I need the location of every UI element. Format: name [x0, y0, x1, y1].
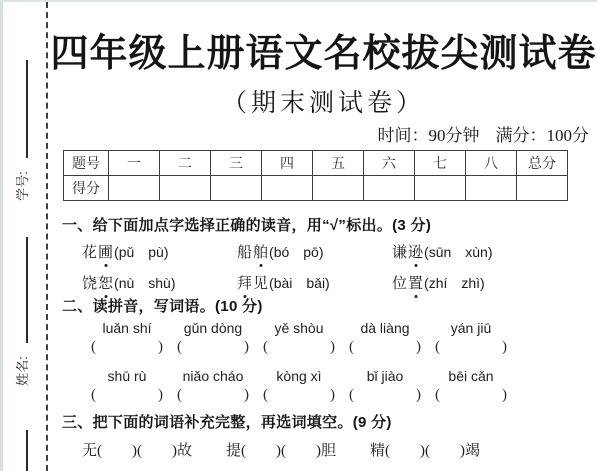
- word-part: 见: [253, 276, 269, 292]
- pinyin-cell: gǔn dòng (): [170, 320, 256, 356]
- idiom-completion-item: 提( )( )胆: [226, 439, 336, 460]
- page-title: 四年级上册语文名校拔尖测试卷: [50, 22, 597, 77]
- question-number-header: 题号: [64, 151, 109, 176]
- answer-blank: (): [435, 339, 507, 356]
- score-cell-empty: [313, 176, 364, 201]
- pinyin-options: (bó pō): [269, 244, 323, 260]
- pinyin-text: luǎn shí: [84, 320, 170, 336]
- answer-blank: (): [91, 339, 163, 356]
- pinyin-text: yán jiū: [428, 320, 514, 336]
- pinyin-options: (sūn xùn): [424, 244, 492, 260]
- dotted-character: 圃: [98, 241, 114, 262]
- col-header: 七: [415, 151, 466, 176]
- pinyin-options: (bài bǎi): [269, 275, 330, 291]
- pinyin-options: (zhí zhì): [424, 275, 485, 291]
- pronunciation-item: 拜见(bài bǎi): [237, 272, 392, 293]
- word-part: 位: [392, 276, 408, 292]
- pinyin-text: yě shòu: [256, 320, 342, 336]
- dotted-character: 置: [408, 272, 424, 293]
- score-cell-empty: [109, 176, 160, 201]
- pinyin-options: (pǔ pù): [114, 244, 168, 260]
- name-label: 姓名:: [10, 348, 36, 394]
- score-table: 题号 一 二 三 四 五 六 七 八 总分 得分: [63, 150, 568, 201]
- col-header: 一: [109, 151, 160, 176]
- answer-blank: (): [349, 387, 421, 404]
- section-1-items: 花圃(pǔ pù) 船舶(bó pō) 谦逊(sūn xùn) 饶恕(nù sh…: [82, 241, 493, 293]
- page-subtitle: （期末测试卷）: [50, 83, 597, 119]
- pinyin-row-1: luǎn shí () gǔn dòng () yě shòu () dà li…: [84, 320, 514, 356]
- table-row: 题号 一 二 三 四 五 六 七 八 总分: [64, 151, 568, 176]
- pinyin-cell: luǎn shí (): [84, 320, 170, 356]
- table-row: 得分: [64, 176, 568, 201]
- pinyin-text: niǎo cháo: [170, 368, 256, 384]
- score-cell-empty: [466, 176, 517, 201]
- col-header: 四: [262, 151, 313, 176]
- name-blank-line: [26, 237, 28, 343]
- pinyin-row-2: shū rù () niǎo cháo () kòng xì () bǐ jià…: [84, 368, 514, 404]
- pinyin-cell: shū rù (): [84, 368, 170, 404]
- pronunciation-item: 谦逊(sūn xùn): [392, 241, 493, 262]
- score-cell-empty: [262, 176, 313, 201]
- col-header: 二: [160, 151, 211, 176]
- answer-blank: (): [177, 339, 249, 356]
- dotted-character: 舶: [253, 241, 269, 262]
- pinyin-cell: dà liàng (): [342, 320, 428, 356]
- scan-edge-left: [0, 0, 3, 471]
- full-score: 满分：100分: [496, 126, 590, 145]
- answer-blank: (): [263, 387, 335, 404]
- pinyin-text: shū rù: [84, 368, 170, 384]
- pinyin-cell: niǎo cháo (): [170, 368, 256, 404]
- answer-blank: (): [435, 387, 507, 404]
- col-header: 六: [364, 151, 415, 176]
- col-header: 五: [313, 151, 364, 176]
- score-row-label: 得分: [64, 176, 109, 201]
- score-cell-empty: [211, 176, 262, 201]
- pronunciation-item: 位置(zhí zhì): [392, 272, 493, 293]
- answer-blank: (): [263, 339, 335, 356]
- dotted-character: 拜: [237, 272, 253, 293]
- pinyin-text: gǔn dòng: [170, 320, 256, 336]
- time-limit: 时间：90分钟: [378, 126, 480, 145]
- student-id-label: 学号:: [10, 163, 36, 209]
- dotted-character: 逊: [408, 241, 424, 262]
- pronunciation-item: 船舶(bó pō): [237, 241, 392, 262]
- binding-dashed-line: [46, 2, 48, 471]
- pinyin-text: bēi cǎn: [428, 368, 514, 384]
- idiom-completion-item: 精( )( )竭: [370, 439, 480, 460]
- pinyin-text: dà liàng: [342, 320, 428, 336]
- answer-blank: (): [91, 387, 163, 404]
- pinyin-cell: bēi cǎn (): [428, 368, 514, 404]
- pinyin-options: (nù shù): [114, 275, 175, 291]
- score-cell-empty: [517, 176, 568, 201]
- col-header: 八: [466, 151, 517, 176]
- score-cell-empty: [160, 176, 211, 201]
- pronunciation-item: 饶恕(nù shù): [82, 272, 237, 293]
- pinyin-cell: bǐ jiào (): [342, 368, 428, 404]
- score-cell-empty: [364, 176, 415, 201]
- word-part: 船: [237, 245, 253, 261]
- answer-blank: (): [349, 339, 421, 356]
- exam-info-line: 时间：90分钟满分：100分: [0, 121, 589, 146]
- word-part: 花: [82, 245, 98, 261]
- word-part: 谦: [392, 245, 408, 261]
- idiom-completion-item: 无( )( )故: [82, 439, 192, 460]
- section-1-heading: 一、给下面加点字选择正确的读音，用“√”标出。(3 分): [62, 214, 431, 235]
- pinyin-text: kòng xì: [256, 368, 342, 384]
- pinyin-cell: yán jiū (): [428, 320, 514, 356]
- scan-edge-top: [0, 0, 597, 2]
- word-part: 饶: [82, 276, 98, 292]
- pronunciation-item: 花圃(pǔ pù): [82, 241, 237, 262]
- pinyin-cell: kòng xì (): [256, 368, 342, 404]
- answer-blank: (): [177, 387, 249, 404]
- pinyin-cell: yě shòu (): [256, 320, 342, 356]
- total-score-header: 总分: [517, 151, 568, 176]
- col-header: 三: [211, 151, 262, 176]
- score-cell-empty: [415, 176, 466, 201]
- section-3-heading: 三、把下面的词语补充完整，再选词填空。(9 分): [62, 411, 392, 432]
- dotted-character: 恕: [98, 272, 114, 293]
- pinyin-text: bǐ jiào: [342, 368, 428, 384]
- extra-blank-line: [26, 430, 28, 471]
- section-2-heading: 二、读拼音，写词语。(10 分): [62, 295, 263, 316]
- section-3-items: 无( )( )故 提( )( )胆 精( )( )竭: [82, 439, 480, 460]
